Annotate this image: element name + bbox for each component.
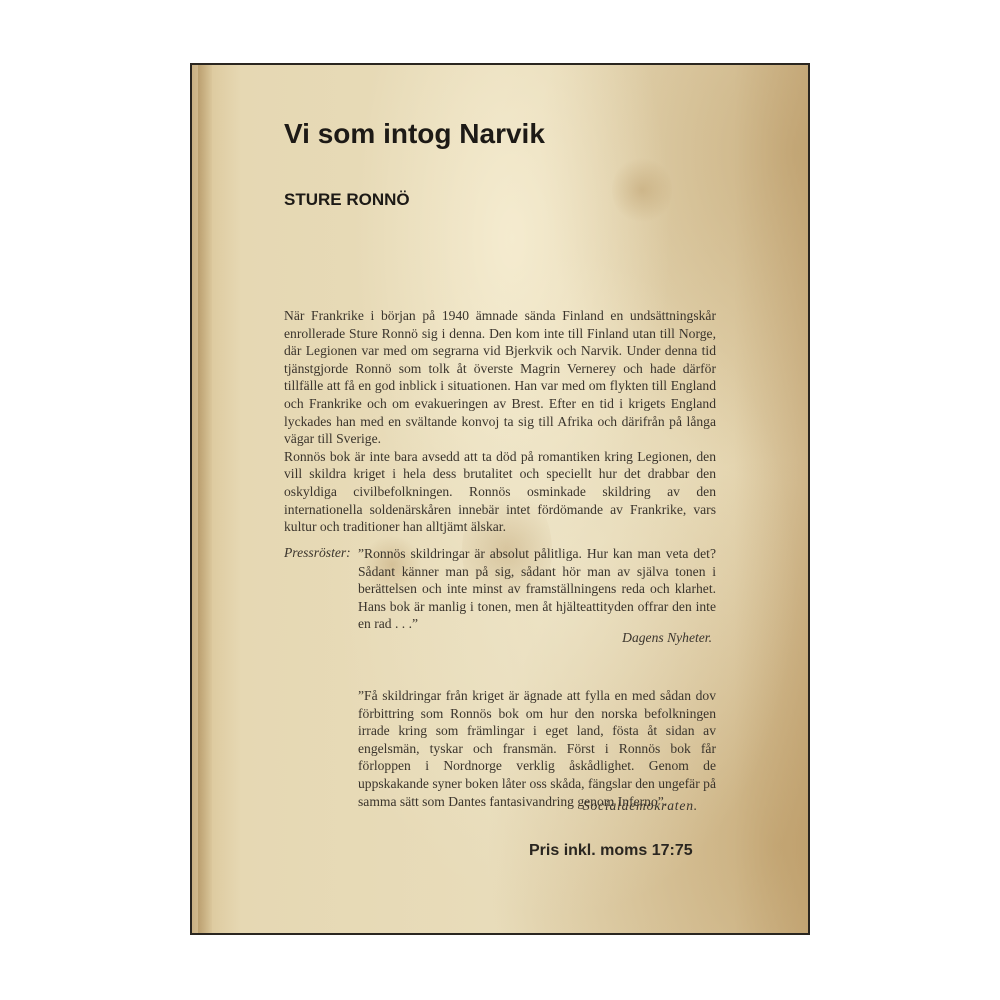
press-quote: ”Ronnös skildringar är absolut pålitliga…	[358, 545, 716, 633]
press-reviews-label: Pressröster:	[284, 545, 351, 561]
description-paragraph: När Frankrike i början på 1940 ämnade sä…	[284, 307, 716, 448]
press-quote-source: Socialdemokraten.	[583, 798, 698, 814]
description-paragraph: Ronnös bok är inte bara avsedd att ta dö…	[284, 448, 716, 536]
price-label: Pris inkl. moms 17:75	[529, 842, 693, 860]
book-description: När Frankrike i början på 1940 ämnade sä…	[284, 307, 716, 536]
book-author: STURE RONNÖ	[284, 190, 410, 210]
cover-spine-fold	[198, 65, 212, 933]
book-title: Vi som intog Narvik	[284, 118, 545, 150]
press-quote-source: Dagens Nyheter.	[622, 630, 712, 646]
book-back-cover: Vi som intog Narvik STURE RONNÖ När Fran…	[190, 63, 810, 935]
paper-stain	[612, 155, 672, 225]
press-quote: ”Få skildringar från kriget är ägnade at…	[358, 687, 716, 810]
